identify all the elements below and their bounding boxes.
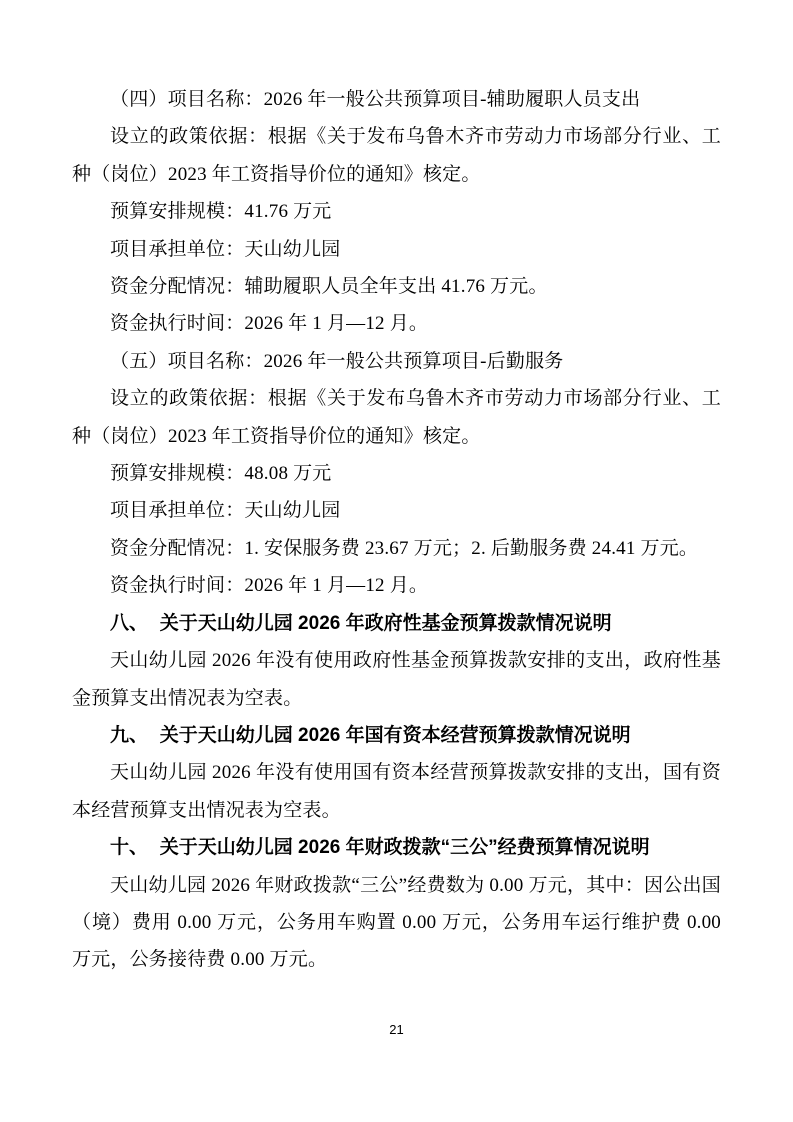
section-title: 关于天山幼儿园 2026 年财政拨款“三公”经费预算情况说明 (160, 837, 650, 858)
section-heading: 十、关于天山幼儿园 2026 年财政拨款“三公”经费预算情况说明 (72, 829, 721, 866)
paragraph: 资金执行时间：2026 年 1 月—12 月。 (72, 567, 721, 604)
section-heading: 九、关于天山幼儿园 2026 年国有资本经营预算拨款情况说明 (72, 717, 721, 754)
section-number: 十、 (110, 837, 148, 858)
section-number: 九、 (110, 725, 148, 746)
paragraph: 天山幼儿园 2026 年财政拨款“三公”经费数为 0.00 万元，其中：因公出国… (72, 867, 721, 979)
paragraph: 天山幼儿园 2026 年没有使用国有资本经营预算拨款安排的支出，国有资本经营预算… (72, 754, 721, 829)
section-title: 关于天山幼儿园 2026 年国有资本经营预算拨款情况说明 (160, 725, 631, 746)
document-page: （四）项目名称：2026 年一般公共预算项目-辅助履职人员支出设立的政策依据：根… (0, 0, 793, 1122)
paragraph: 设立的政策依据：根据《关于发布乌鲁木齐市劳动力市场部分行业、工种（岗位）2023… (72, 380, 721, 455)
paragraph: 项目承担单位：天山幼儿园 (72, 492, 721, 529)
section-heading: 八、关于天山幼儿园 2026 年政府性基金预算拨款情况说明 (72, 605, 721, 642)
paragraph: 预算安排规模：48.08 万元 (72, 455, 721, 492)
paragraph: 资金执行时间：2026 年 1 月—12 月。 (72, 305, 721, 342)
section-title: 关于天山幼儿园 2026 年政府性基金预算拨款情况说明 (160, 613, 612, 634)
paragraph: （四）项目名称：2026 年一般公共预算项目-辅助履职人员支出 (72, 81, 721, 118)
paragraph: 天山幼儿园 2026 年没有使用政府性基金预算拨款安排的支出，政府性基金预算支出… (72, 642, 721, 717)
paragraph: 资金分配情况：辅助履职人员全年支出 41.76 万元。 (72, 268, 721, 305)
paragraph: （五）项目名称：2026 年一般公共预算项目-后勤服务 (72, 343, 721, 380)
paragraph: 资金分配情况：1. 安保服务费 23.67 万元；2. 后勤服务费 24.41 … (72, 530, 721, 567)
section-number: 八、 (110, 613, 148, 634)
paragraph: 预算安排规模：41.76 万元 (72, 193, 721, 230)
paragraph: 项目承担单位：天山幼儿园 (72, 231, 721, 268)
page-number: 21 (0, 1021, 793, 1039)
document-body: （四）项目名称：2026 年一般公共预算项目-辅助履职人员支出设立的政策依据：根… (72, 81, 721, 979)
paragraph: 设立的政策依据：根据《关于发布乌鲁木齐市劳动力市场部分行业、工种（岗位）2023… (72, 118, 721, 193)
